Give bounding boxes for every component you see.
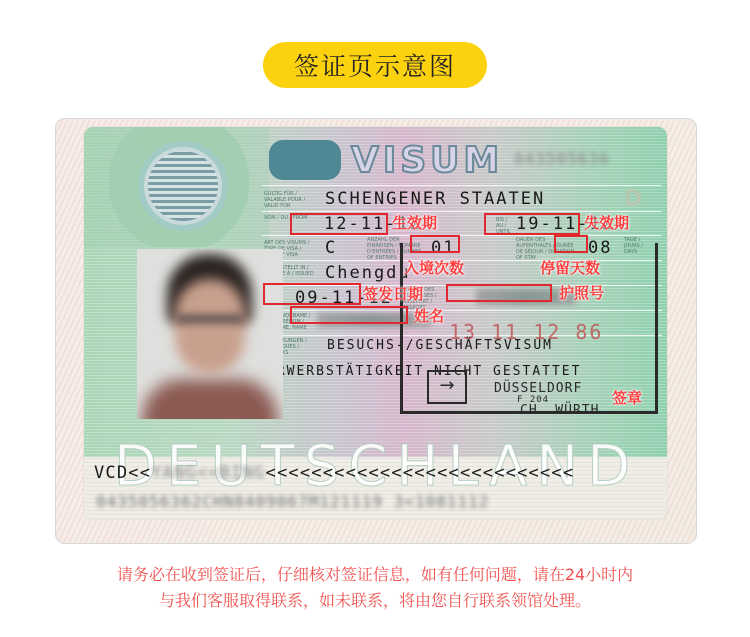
row-divider (262, 235, 662, 236)
annotation-entries: 入境次数 (404, 257, 464, 278)
notice-line-2: 与我们客服取得联系，如未联系，将由您自行联系领馆处理。 (0, 588, 750, 614)
highlight-stay-days (554, 235, 588, 253)
annotation-signature-stamp: 签章 (612, 387, 642, 408)
mrz-line-1: VCD<<YANG<<BING<<<<<<<<<<<<<<<<<<<<<<<<<… (94, 463, 574, 483)
mrz-name-blurred: YANG<<BING (151, 463, 265, 483)
highlight-issue-date (263, 283, 361, 305)
mrz-prefix: VCD<< (94, 463, 151, 483)
photo-shoulders (142, 379, 278, 419)
visa-category-letter: D (624, 187, 642, 212)
holder-photo-blurred (137, 249, 283, 419)
notice-text: 请务必在收到签证后，仔细核对签证信息，如有任何问题，请在24小时内 与我们客服取… (0, 562, 750, 614)
label-valid-for: GÜLTIG FÜR / VALABLE POUR / VALID FOR (264, 191, 314, 209)
row-divider (262, 185, 662, 186)
value-visa-type: C (325, 238, 337, 258)
stamp-officer: CH. WÜRTH (520, 403, 599, 418)
annotation-issue-date: 签发日期 (363, 283, 423, 304)
page-title: 签证页示意图 (263, 42, 487, 88)
value-valid-for: SCHENGENER STAATEN (325, 189, 545, 209)
annotation-expiry-date: 失效期 (584, 212, 629, 233)
mrz-filler: <<<<<<<<<<<<<<<<<<<<<<<<<<< (266, 463, 575, 483)
annotation-effective-date: 生效期 (392, 212, 437, 233)
globe-emblem-icon (144, 147, 222, 225)
value-remarks-2: ERWERBSTÄTIGKEIT NICHT GESTATTET (267, 364, 581, 379)
highlight-effective-date (290, 213, 388, 235)
annotation-stay-days: 停留天数 (540, 257, 600, 278)
photo-face (175, 279, 245, 374)
highlight-name (290, 306, 408, 324)
highlight-passport-no (446, 284, 552, 302)
visum-text: VISUM (351, 140, 503, 181)
annotation-name: 姓名 (414, 305, 444, 326)
arrow-entry-icon: → (427, 370, 467, 404)
value-issued-in: Chengdu (325, 263, 411, 283)
photo-glasses (177, 314, 243, 324)
mrz-line-2-blurred: 0435056362CHN8409067M121119 3<1081112 (96, 492, 489, 511)
highlight-expiry-date (484, 213, 580, 235)
visum-banner: VISUM (269, 137, 509, 183)
visum-hologram-blob (269, 140, 341, 180)
notice-line-1: 请务必在收到签证后，仔细核对签证信息，如有任何问题，请在24小时内 (0, 562, 750, 588)
annotation-passport-no: 护照号 (559, 282, 604, 303)
visa-number-blurred: 043505636 (514, 149, 610, 168)
highlight-entries (410, 235, 460, 253)
value-remarks-1: BESUCHS-/GESCHÄFTSVISUM (327, 338, 553, 353)
visa-page: VISUM 043505636 D GÜLTIG FÜR / VALABLE P… (55, 118, 697, 544)
stamp-city: DÜSSELDORF (494, 381, 582, 396)
